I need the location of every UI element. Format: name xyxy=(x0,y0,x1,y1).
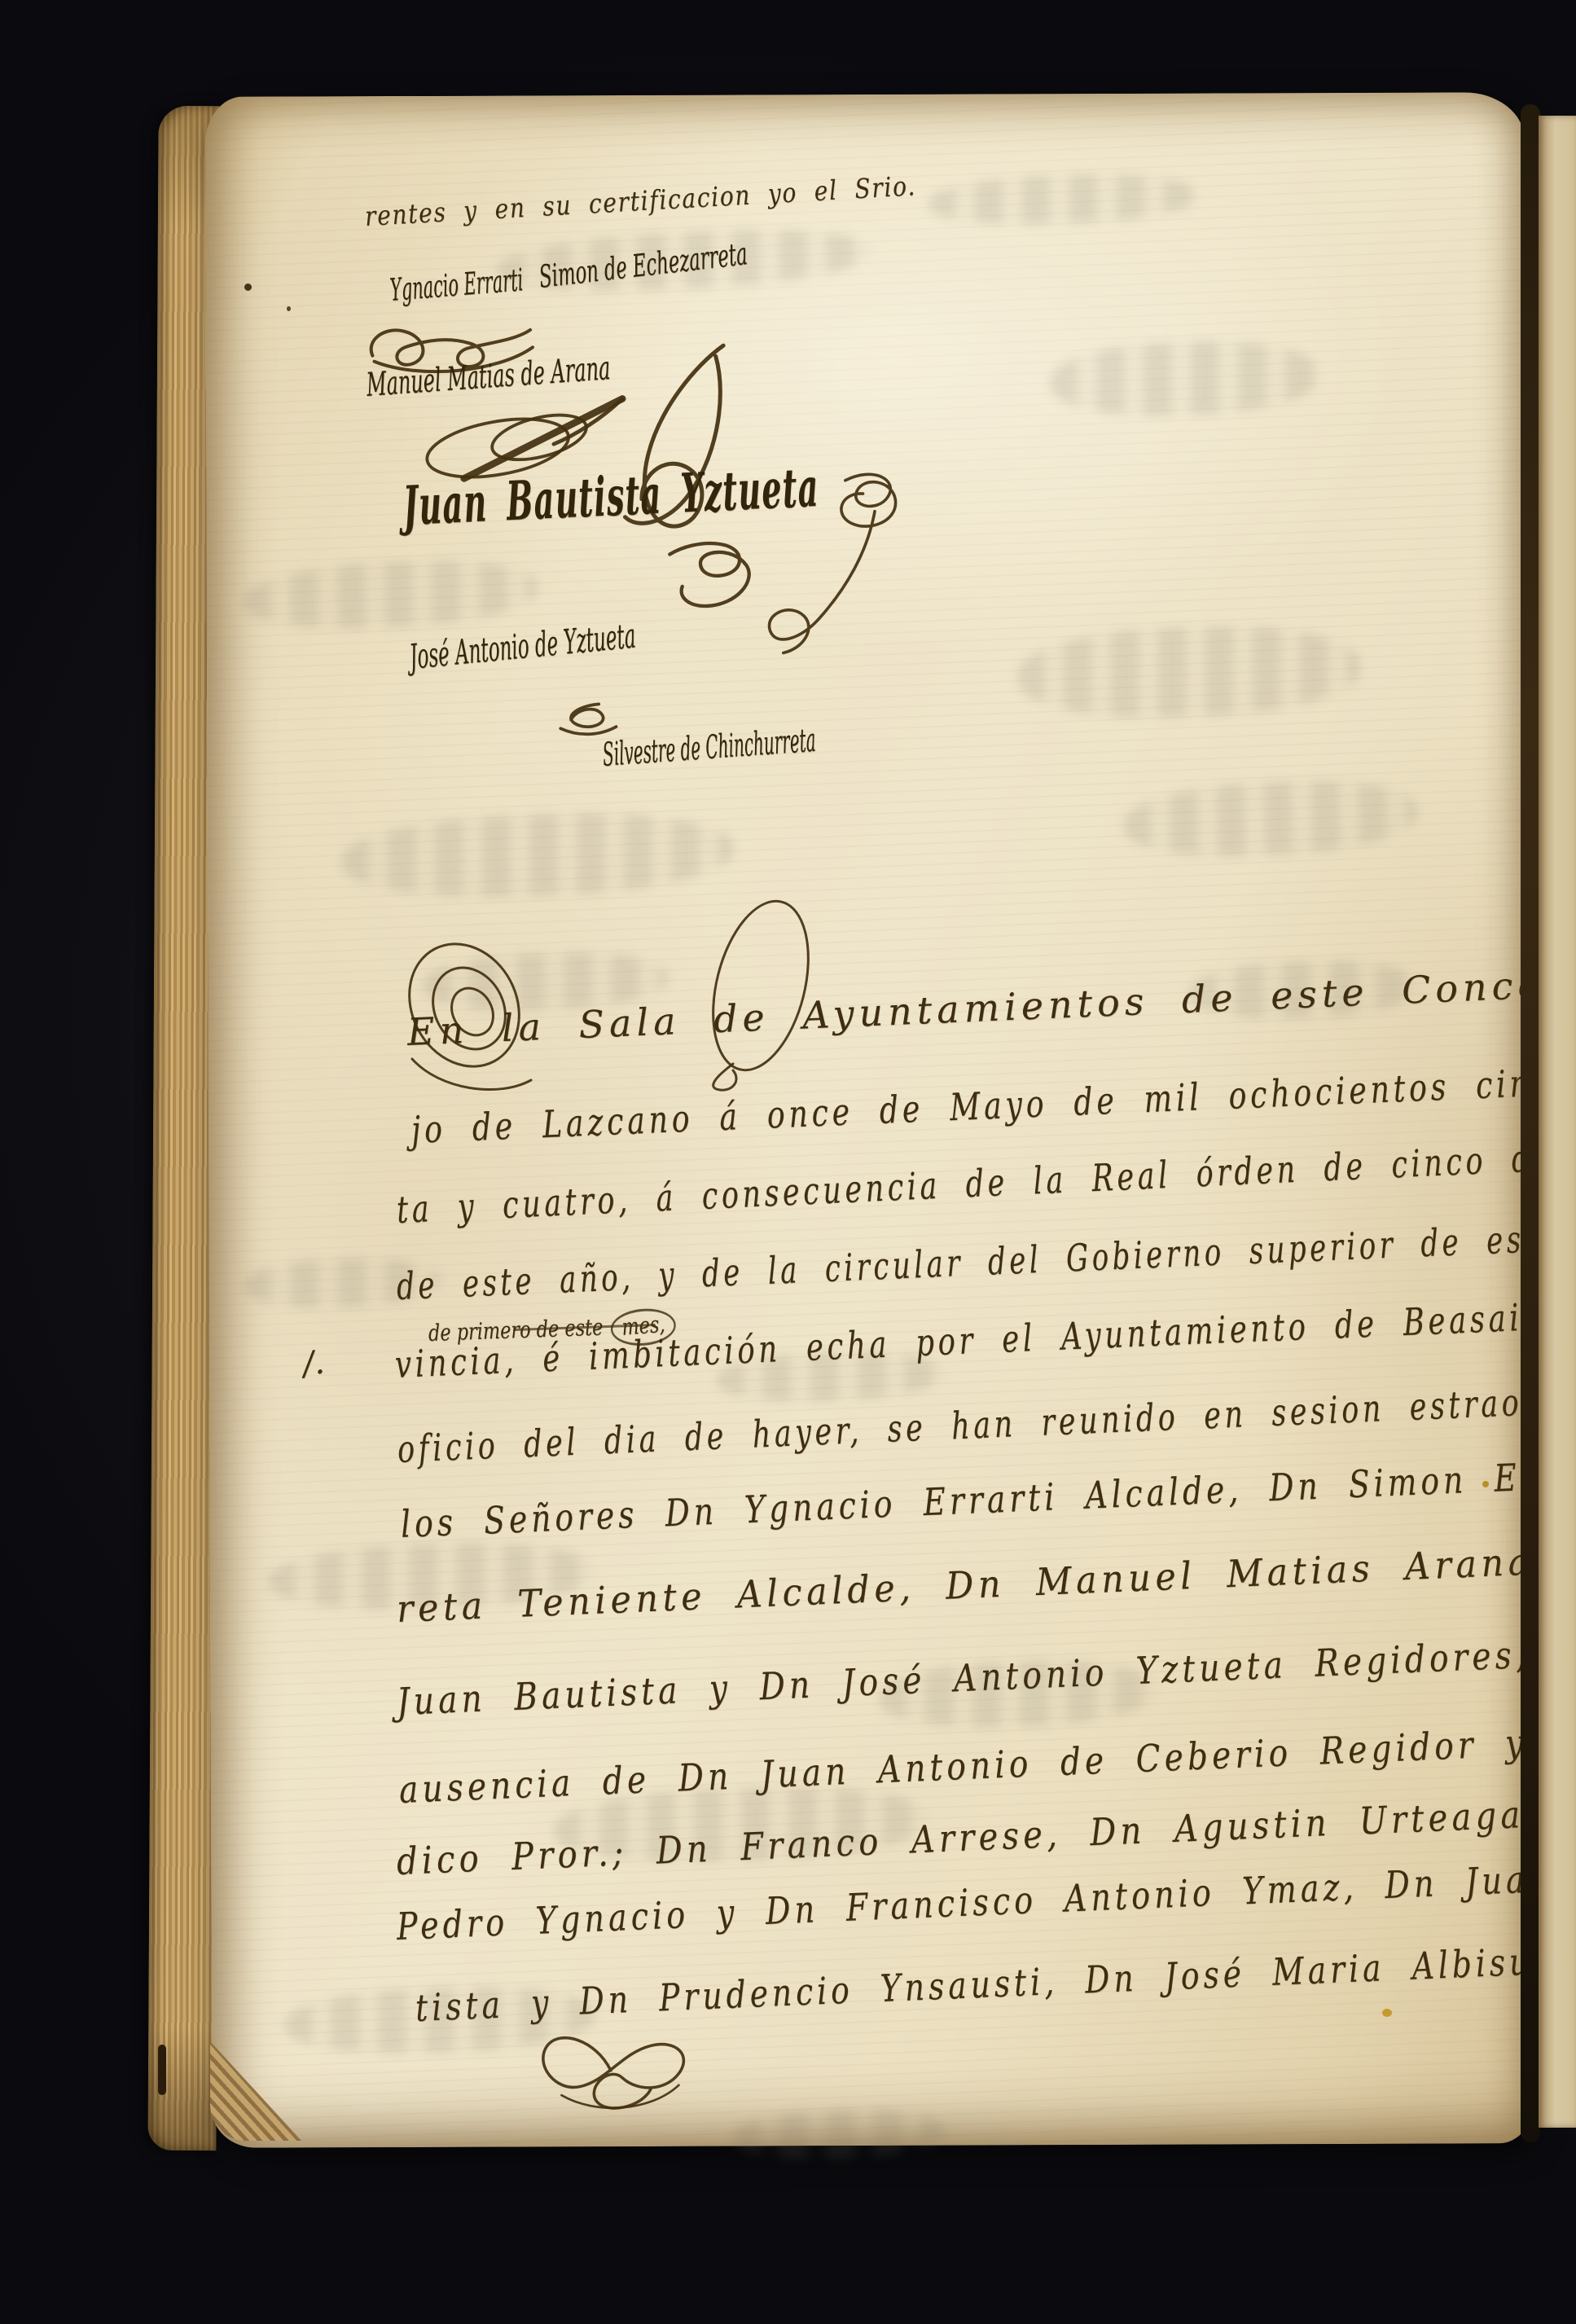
wax-speck xyxy=(1482,1481,1489,1487)
facing-page-edge xyxy=(1539,116,1576,2128)
ink-speck xyxy=(244,283,252,291)
flourished-capital-s xyxy=(683,890,829,1093)
signature-rubric-flourish xyxy=(557,699,622,738)
wax-speck xyxy=(1382,2009,1392,2017)
margin-mark: /. xyxy=(301,1343,327,1382)
closing-rubric-flourish xyxy=(528,2024,699,2122)
photo-backdrop: { "manuscript": { "closing_line": "rente… xyxy=(0,0,1576,2324)
page-gutter-shadow xyxy=(1521,104,1540,2142)
edge-ink-mark xyxy=(158,2045,166,2095)
ink-speck xyxy=(287,306,291,311)
signature-rubric-flourish xyxy=(751,458,906,670)
signature-rubric-flourish xyxy=(661,534,759,619)
